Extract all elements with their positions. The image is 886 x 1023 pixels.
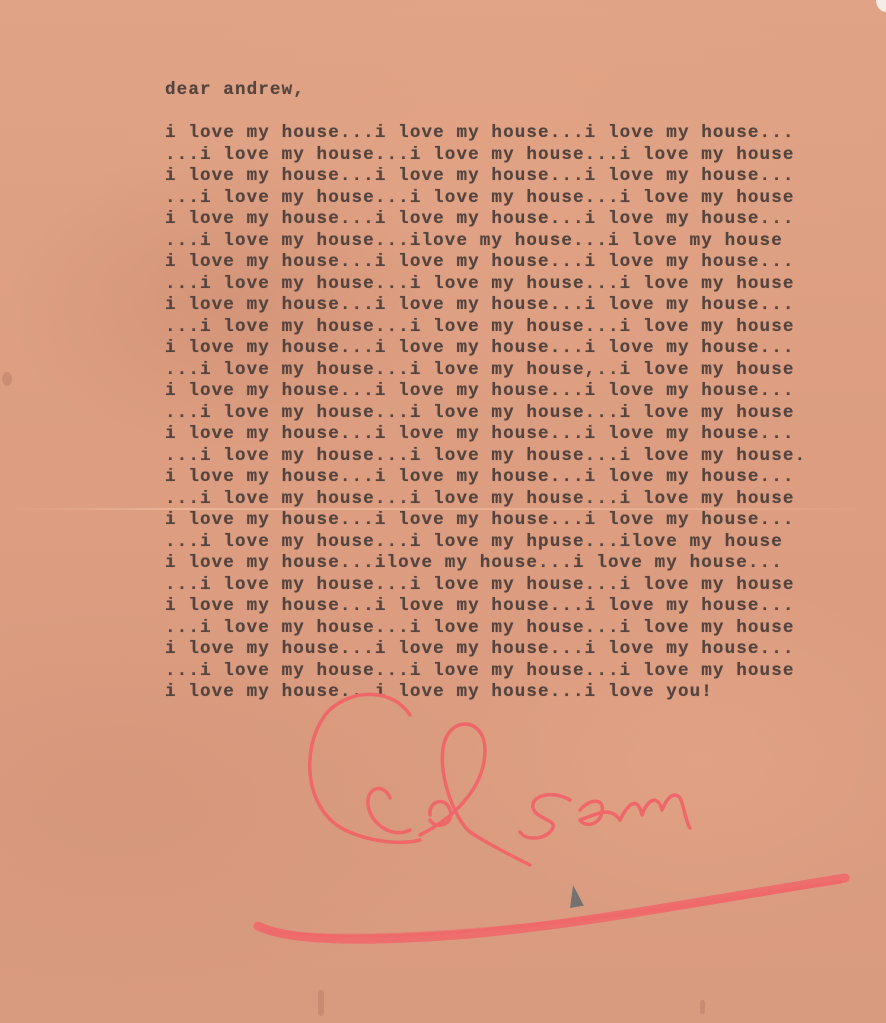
letter-line: ...i love my house...i love my house...i… [165, 618, 806, 640]
letter-line: i love my house...i love my house...i lo… [165, 424, 806, 446]
letter-line: ...i love my house...i love my house...i… [165, 446, 806, 468]
letter-line: ...i love my house...i love my house...i… [165, 661, 806, 683]
letter-line: i love my house...i love my house...i lo… [165, 295, 806, 317]
letter-line: i love my house...i love my house...i lo… [165, 166, 806, 188]
letter-line: i love my house...i love my house...i lo… [165, 639, 806, 661]
paper-stain [700, 1000, 705, 1014]
salutation: dear andrew, [165, 80, 806, 102]
paper-stain [2, 372, 12, 386]
typed-letter-body: dear andrew, i love my house...i love my… [165, 37, 806, 704]
letter-line: ...i love my house...i love my house...i… [165, 403, 806, 425]
letter-line: ...i love my house...i love my house...i… [165, 489, 806, 511]
letter-line: ...i love my house...i love my house,..i… [165, 360, 806, 382]
letter-line: i love my house...i love my house...i lo… [165, 510, 806, 532]
letter-line: ...i love my house...i love my house...i… [165, 145, 806, 167]
letter-line: i love my house...i love my house...i lo… [165, 381, 806, 403]
letter-line: ...i love my house...i love my hpuse...i… [165, 532, 806, 554]
paper-stain [318, 990, 324, 1016]
letter-line: i love my house...i love my house...i lo… [165, 209, 806, 231]
letter-line: ...i love my house...i love my house...i… [165, 274, 806, 296]
letter-line: i love my house...i love my house...i lo… [165, 338, 806, 360]
letter-line: ...i love my house...i love my house...i… [165, 188, 806, 210]
letter-line: i love my house...ilove my house...i lov… [165, 553, 806, 575]
letter-line: ...i love my house...i love my house...i… [165, 575, 806, 597]
letter-line: ...i love my house...ilove my house...i … [165, 231, 806, 253]
letter-line: ...i love my house...i love my house...i… [165, 317, 806, 339]
letter-line: i love my house...i love my house...i lo… [165, 252, 806, 274]
handwritten-signature [250, 680, 850, 950]
letter-line: i love my house...i love my house...i lo… [165, 467, 806, 489]
letter-line: i love my house...i love my house...i lo… [165, 123, 806, 145]
letter-line: i love my house...i love my house...i lo… [165, 596, 806, 618]
